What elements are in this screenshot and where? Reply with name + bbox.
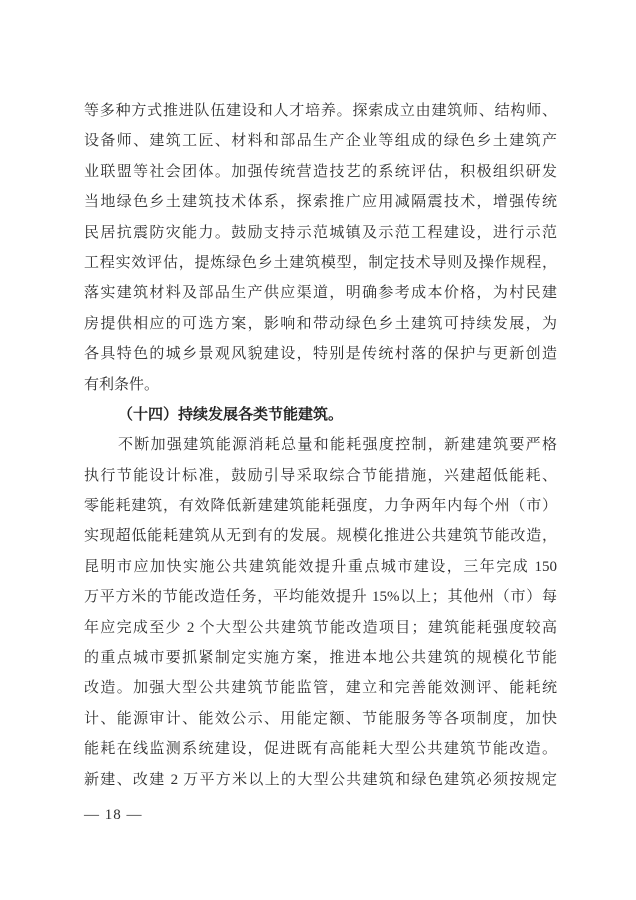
body-line: 各具特色的城乡景观风貌建设，特别是传统村落的保护与更新创造 xyxy=(84,339,557,369)
body-line: 改造。加强大型公共建筑节能监管，建立和完善能效测评、能耗统 xyxy=(84,673,557,703)
body-line: 房提供相应的可选方案，影响和带动绿色乡土建筑可持续发展，为 xyxy=(84,309,557,339)
body-line: 工程实效评估，提炼绿色乡土建筑模型，制定技术导则及操作规程， xyxy=(84,248,557,278)
body-line: 零能耗建筑，有效降低新建建筑能耗强度，力争两年内每个州（市） xyxy=(84,491,557,521)
body-line: 万平方米的节能改造任务，平均能效提升 15%以上；其他州（市）每 xyxy=(84,582,557,612)
body-line: 能耗在线监测系统建设，促进既有高能耗大型公共建筑节能改造。 xyxy=(84,734,557,764)
body-line: 计、能源审计、能效公示、用能定额、节能服务等各项制度，加快 xyxy=(84,704,557,734)
body-line: 新建、改建 2 万平方米以上的大型公共建筑和绿色建筑必须按规定 xyxy=(84,765,557,795)
body-line: 有利条件。 xyxy=(84,370,557,400)
body-line: 昆明市应加快实施公共建筑能效提升重点城市建设，三年完成 150 xyxy=(84,552,557,582)
body-line: 当地绿色乡土建筑技术体系，探索推广应用减隔震技术，增强传统 xyxy=(84,187,557,217)
body-line: 设备师、建筑工匠、材料和部品生产企业等组成的绿色乡土建筑产 xyxy=(84,126,557,156)
section-heading: （十四）持续发展各类节能建筑。 xyxy=(84,400,557,430)
document-page: 等多种方式推进队伍建设和人才培养。探索成立由建筑师、结构师、 设备师、建筑工匠、… xyxy=(0,0,636,900)
body-line: 民居抗震防灾能力。鼓励支持示范城镇及示范工程建设，进行示范 xyxy=(84,218,557,248)
body-line: 实现超低能耗建筑从无到有的发展。规模化推进公共建筑节能改造， xyxy=(84,521,557,551)
body-line: 不断加强建筑能源消耗总量和能耗强度控制，新建建筑要严格 xyxy=(84,430,557,460)
page-number: — 18 — xyxy=(84,804,143,826)
body-line: 业联盟等社会团体。加强传统营造技艺的系统评估，积极组织研发 xyxy=(84,157,557,187)
body-line: 年应完成至少 2 个大型公共建筑节能改造项目；建筑能耗强度较高 xyxy=(84,613,557,643)
text-block: 等多种方式推进队伍建设和人才培养。探索成立由建筑师、结构师、 设备师、建筑工匠、… xyxy=(84,96,557,795)
body-line: 的重点城市要抓紧制定实施方案，推进本地公共建筑的规模化节能 xyxy=(84,643,557,673)
body-line: 执行节能设计标准，鼓励引导采取综合节能措施，兴建超低能耗、 xyxy=(84,461,557,491)
body-line: 落实建筑材料及部品生产供应渠道，明确参考成本价格，为村民建 xyxy=(84,278,557,308)
body-line: 等多种方式推进队伍建设和人才培养。探索成立由建筑师、结构师、 xyxy=(84,96,557,126)
